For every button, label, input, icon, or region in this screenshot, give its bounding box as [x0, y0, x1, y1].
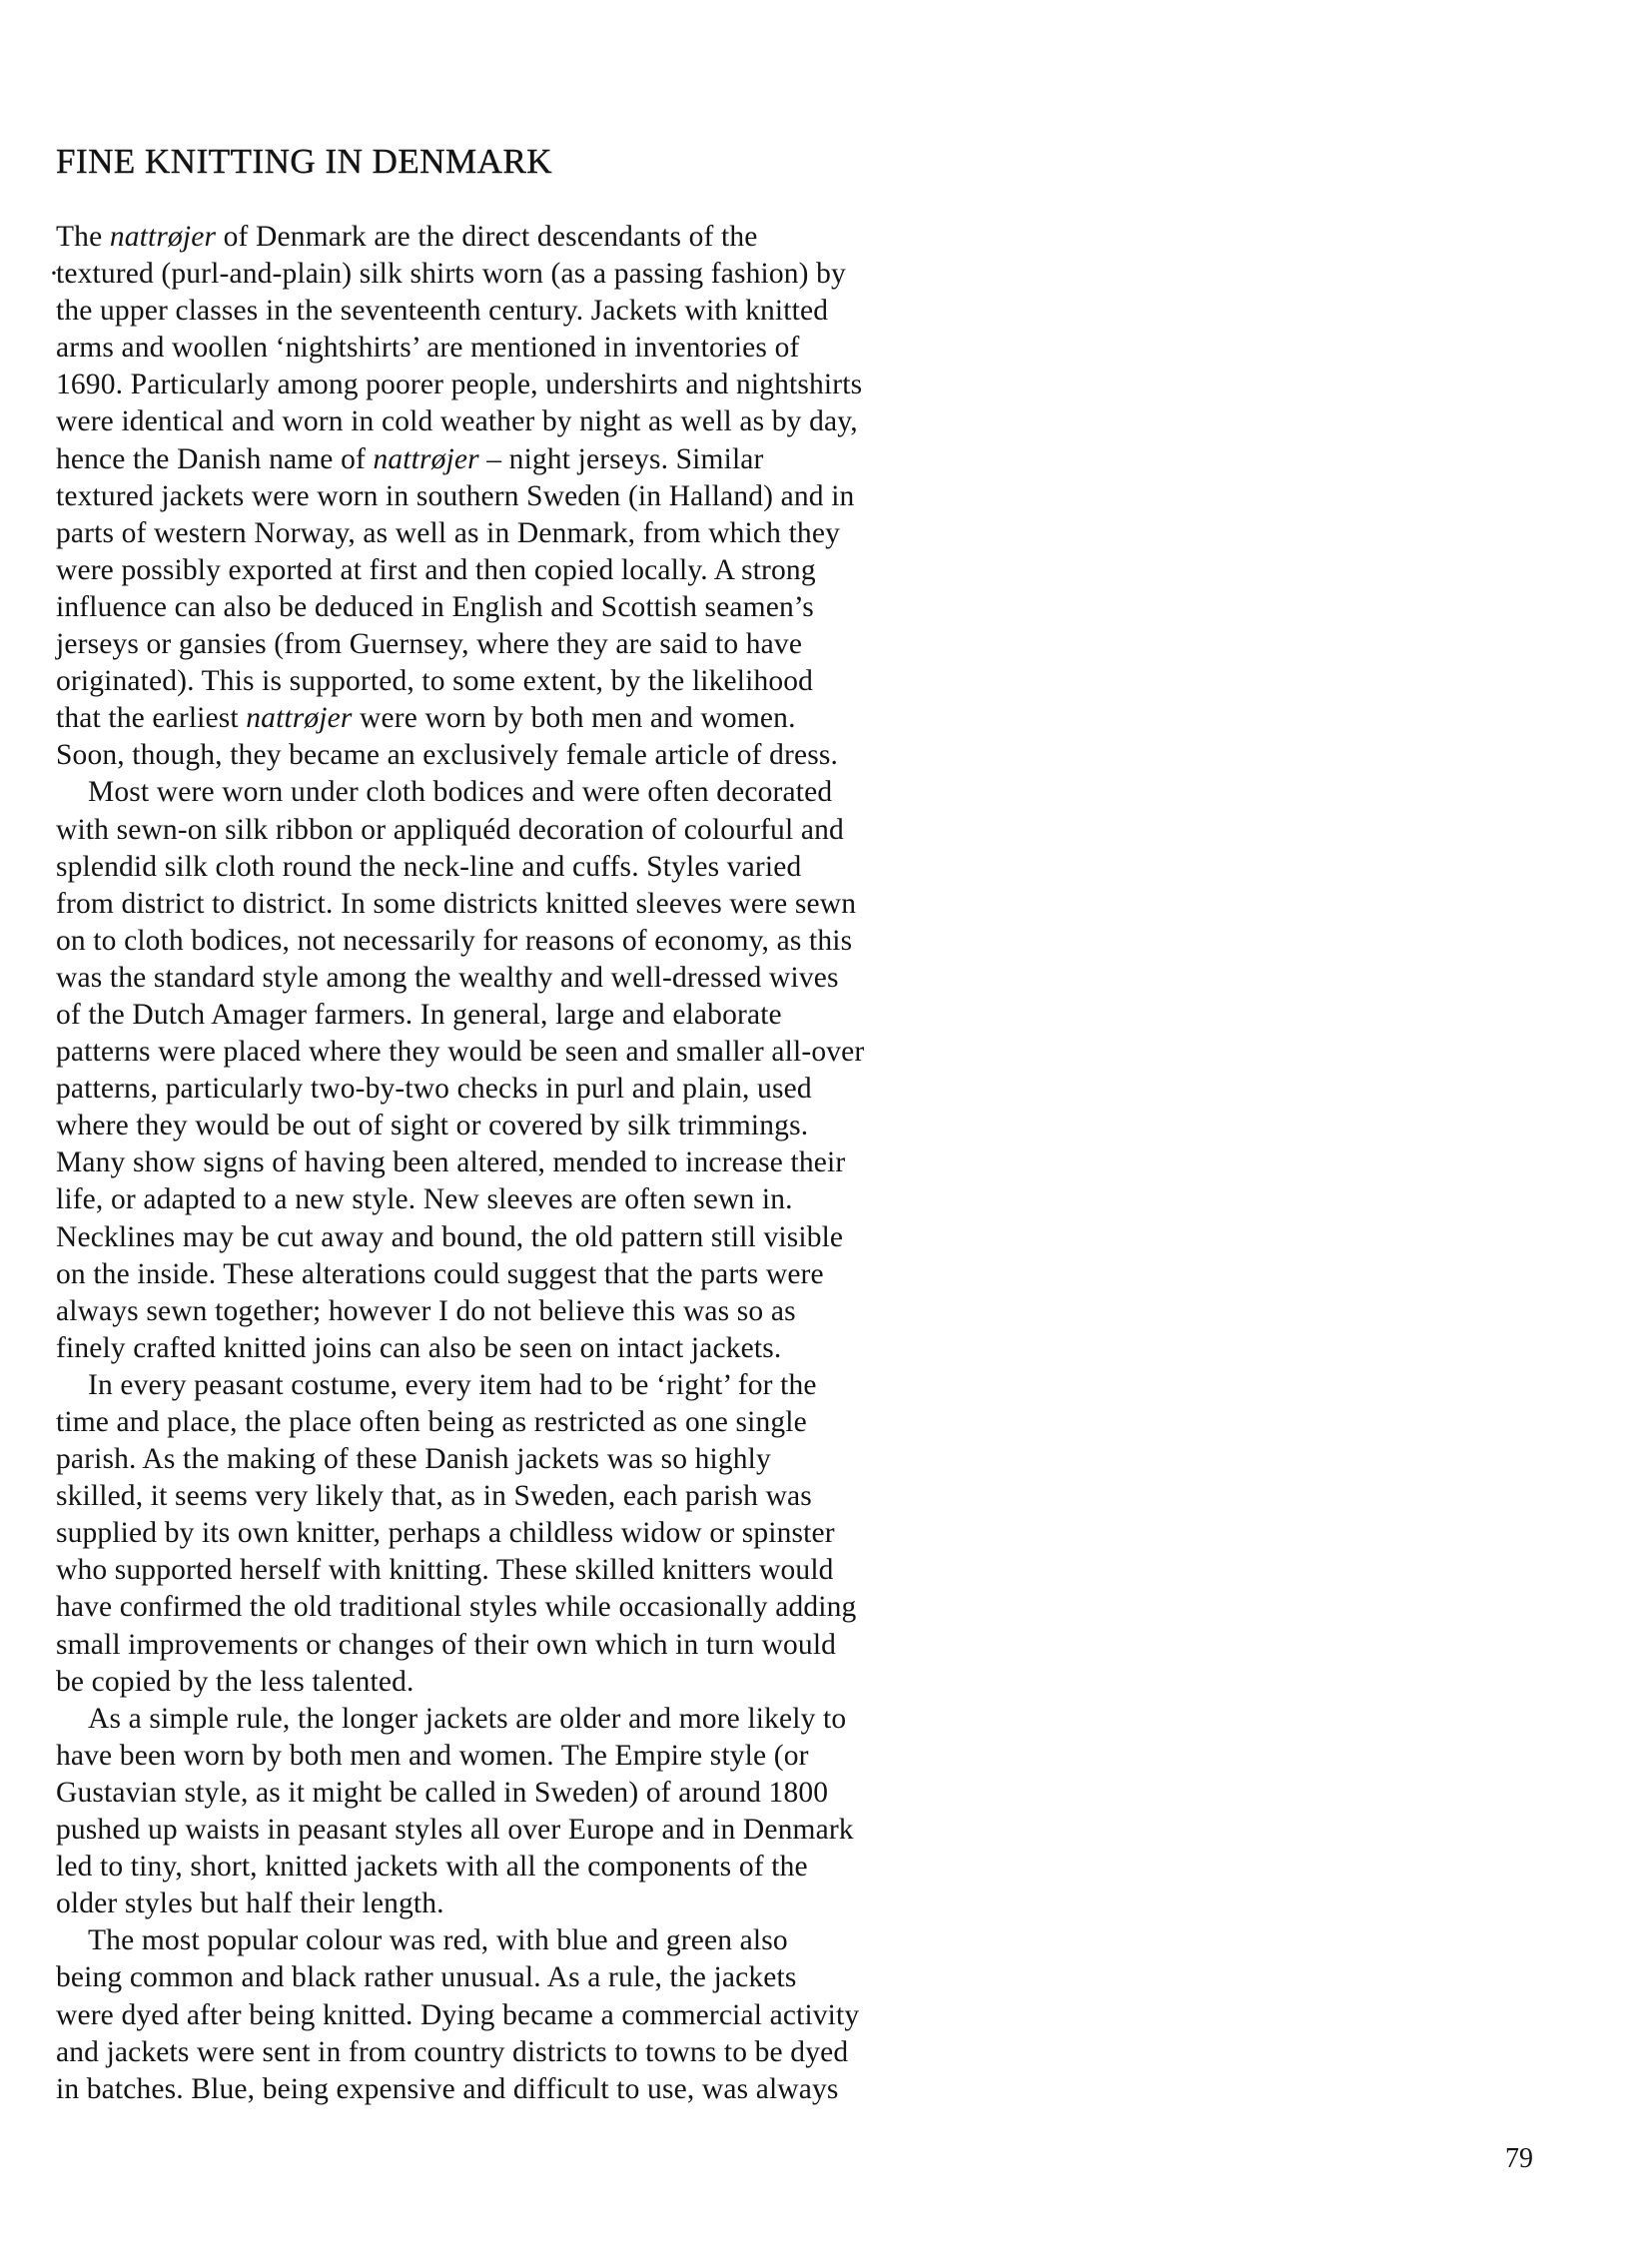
page-title: FINE KNITTING IN DENMARK: [56, 140, 552, 184]
text-line: Necklines may be cut away and bound, the…: [56, 1219, 1055, 1256]
text-line: were dyed after being knitted. Dying bec…: [56, 1997, 1055, 2034]
text-line: arms and woollen ‘nightshirts’ are menti…: [56, 330, 1055, 367]
page-number: 79: [1505, 2141, 1533, 2177]
text-line: on the inside. These alterations could s…: [56, 1256, 1055, 1293]
stray-mark: ·: [49, 256, 59, 293]
text-line: time and place, the place often being as…: [56, 1404, 1055, 1441]
text-line: supplied by its own knitter, perhaps a c…: [56, 1515, 1055, 1552]
text-line: life, or adapted to a new style. New sle…: [56, 1181, 1055, 1218]
text-line: jerseys or gansies (from Guernsey, where…: [56, 626, 1055, 663]
text-line: older styles but half their length.: [56, 1885, 1055, 1922]
text-line: who supported herself with knitting. The…: [56, 1552, 1055, 1589]
text-line: Many show signs of having been altered, …: [56, 1144, 1055, 1181]
text-line: have been worn by both men and women. Th…: [56, 1738, 1055, 1775]
text-line: were identical and worn in cold weather …: [56, 403, 1055, 440]
text-line: always sewn together; however I do not b…: [56, 1293, 1055, 1330]
text-line: splendid silk cloth round the neck-line …: [56, 849, 1055, 886]
text-line: originated). This is supported, to some …: [56, 663, 1055, 700]
text-line: and jackets were sent in from country di…: [56, 2034, 1055, 2071]
text-line: hence the Danish name of nattrøjer – nig…: [56, 441, 1055, 478]
paragraph-start-line: The most popular colour was red, with bl…: [56, 1922, 1055, 1959]
text-line: patterns were placed where they would be…: [56, 1034, 1055, 1071]
text-line: on to cloth bodices, not necessarily for…: [56, 923, 1055, 960]
text-line: the upper classes in the seventeenth cen…: [56, 293, 1055, 330]
paragraph-start-line: In every peasant costume, every item had…: [56, 1367, 1055, 1404]
text-line: be copied by the less talented.: [56, 1664, 1055, 1701]
text-line: textured jackets were worn in southern S…: [56, 478, 1055, 515]
text-line: was the standard style among the wealthy…: [56, 960, 1055, 997]
text-line: where they would be out of sight or cove…: [56, 1108, 1055, 1144]
text-line: parts of western Norway, as well as in D…: [56, 515, 1055, 552]
text-line: have confirmed the old traditional style…: [56, 1589, 1055, 1626]
text-line: of the Dutch Amager farmers. In general,…: [56, 997, 1055, 1034]
text-line: ·textured (purl-and-plain) silk shirts w…: [56, 256, 1055, 293]
italic-term: nattrøjer: [110, 221, 216, 253]
body-text: The nattrøjer of Denmark are the direct …: [56, 219, 1055, 2108]
text-line: small improvements or changes of their o…: [56, 1627, 1055, 1664]
text-line: Soon, though, they became an exclusively…: [56, 737, 1055, 774]
text-line: from district to district. In some distr…: [56, 886, 1055, 923]
italic-term: nattrøjer: [373, 443, 478, 475]
text-line: 1690. Particularly among poorer people, …: [56, 367, 1055, 403]
text-line: finely crafted knitted joins can also be…: [56, 1330, 1055, 1367]
text-line: parish. As the making of these Danish ja…: [56, 1441, 1055, 1478]
paragraph-start-line: Most were worn under cloth bodices and w…: [56, 774, 1055, 811]
text-line: influence can also be deduced in English…: [56, 589, 1055, 626]
text-line: Gustavian style, as it might be called i…: [56, 1775, 1055, 1812]
text-line: pushed up waists in peasant styles all o…: [56, 1812, 1055, 1849]
text-line: skilled, it seems very likely that, as i…: [56, 1478, 1055, 1515]
text-line: The nattrøjer of Denmark are the direct …: [56, 219, 1055, 256]
text-line: in batches. Blue, being expensive and di…: [56, 2071, 1055, 2108]
italic-term: nattrøjer: [246, 702, 352, 734]
text-line: that the earliest nattrøjer were worn by…: [56, 700, 1055, 737]
text-line: being common and black rather unusual. A…: [56, 1959, 1055, 1996]
text-line: with sewn-on silk ribbon or appliquéd de…: [56, 812, 1055, 849]
text-line: patterns, particularly two-by-two checks…: [56, 1071, 1055, 1108]
text-line: were possibly exported at first and then…: [56, 552, 1055, 589]
text-line: led to tiny, short, knitted jackets with…: [56, 1849, 1055, 1885]
paragraph-start-line: As a simple rule, the longer jackets are…: [56, 1701, 1055, 1738]
